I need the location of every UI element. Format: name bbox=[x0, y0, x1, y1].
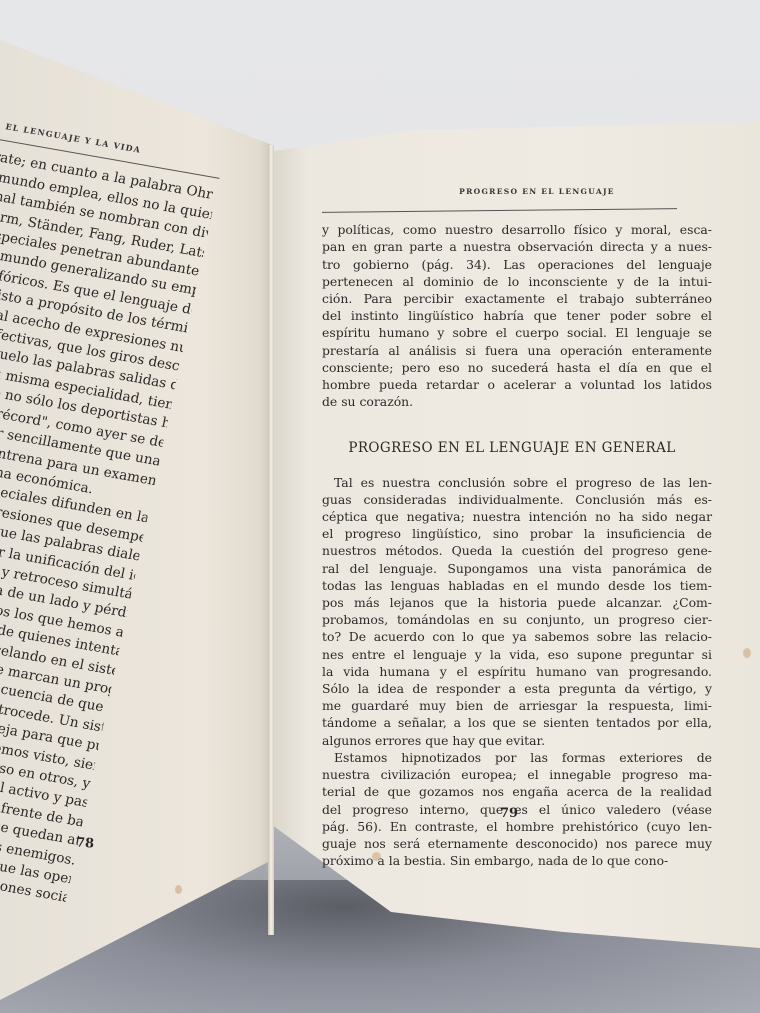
text-line: prestaría al análisis si fuera una opera… bbox=[322, 342, 712, 359]
right-page-number: 79 bbox=[500, 806, 518, 821]
text-line: me guardaré muy bien de arriesgar la res… bbox=[322, 697, 712, 714]
text-line: hombre pueda retardar o acelerar a volun… bbox=[322, 376, 712, 393]
text-line: nes entre el lenguaje y la vida, eso sup… bbox=[322, 646, 712, 663]
text-line: terial de que gozamos nos engaña acerca … bbox=[322, 783, 712, 800]
text-line: la vida humana y el espíritu humano van … bbox=[322, 663, 712, 680]
text-line: algunos errores que hay que evitar. bbox=[322, 732, 712, 749]
text-line: y políticas, como nuestro desarrollo fís… bbox=[322, 221, 712, 238]
foxing-stain bbox=[175, 885, 182, 894]
text-line: del instinto lingüístico habría que tene… bbox=[322, 307, 712, 324]
text-line: espíritu humano y sobre el cuerpo social… bbox=[322, 324, 712, 341]
text-line: el progreso lingüístico, sino probar la … bbox=[322, 525, 712, 542]
text-line: todas las lenguas habladas en el mundo d… bbox=[322, 577, 712, 594]
text-line: nuestros métodos. Queda la cuestión del … bbox=[322, 542, 712, 559]
right-header-rule bbox=[322, 208, 677, 213]
foxing-stain bbox=[743, 648, 751, 658]
text-line: pertenecen al dominio de lo inconsciente… bbox=[322, 273, 712, 290]
book-gutter bbox=[268, 145, 274, 935]
text-line: pos más lejanos que la historia puede al… bbox=[322, 594, 712, 611]
text-line: nuestra civilización europea; el innegab… bbox=[322, 766, 712, 783]
foxing-stain bbox=[372, 852, 381, 861]
text-line: tándome a señalar, a los que se sienten … bbox=[322, 714, 712, 731]
foxing-stain bbox=[552, 860, 558, 866]
text-line: ción. Para percibir exactamente el traba… bbox=[322, 290, 712, 307]
text-line: consciente; pero eso no sucederá hasta e… bbox=[322, 359, 712, 376]
text-line: guaje nos será eternamente desconocido) … bbox=[322, 835, 712, 852]
right-page-text: PROGRESO EN EL LENGUAJE y políticas, com… bbox=[322, 183, 712, 869]
left-page-number: 78 bbox=[75, 835, 94, 851]
section-title: PROGRESO EN EL LENGUAJE EN GENERAL bbox=[312, 440, 712, 457]
right-running-head: PROGRESO EN EL LENGUAJE bbox=[322, 183, 712, 200]
text-line: tro gobierno (pág. 34). Las operaciones … bbox=[322, 256, 712, 273]
text-line: Tal es nuestra conclusión sobre el progr… bbox=[322, 474, 712, 491]
text-line: to? De acuerdo con lo que ya sabemos sob… bbox=[322, 628, 712, 645]
text-line: Sólo la idea de responder a esta pregunt… bbox=[322, 680, 712, 697]
text-line: ral del lenguaje. Supongamos una vista p… bbox=[322, 560, 712, 577]
text-line: de su corazón. bbox=[322, 393, 712, 410]
text-line: Estamos hipnotizados por las formas exte… bbox=[322, 749, 712, 766]
paragraph-1: y políticas, como nuestro desarrollo fís… bbox=[322, 221, 712, 410]
text-line: guas consideradas individualmente. Concl… bbox=[322, 491, 712, 508]
text-line: céptica que negativa; nuestra intención … bbox=[322, 508, 712, 525]
text-line: pan en gran parte a nuestra observación … bbox=[322, 238, 712, 255]
paragraph-2: Tal es nuestra conclusión sobre el progr… bbox=[322, 474, 712, 749]
text-line: probamos, tomándolas en su conjunto, un … bbox=[322, 611, 712, 628]
